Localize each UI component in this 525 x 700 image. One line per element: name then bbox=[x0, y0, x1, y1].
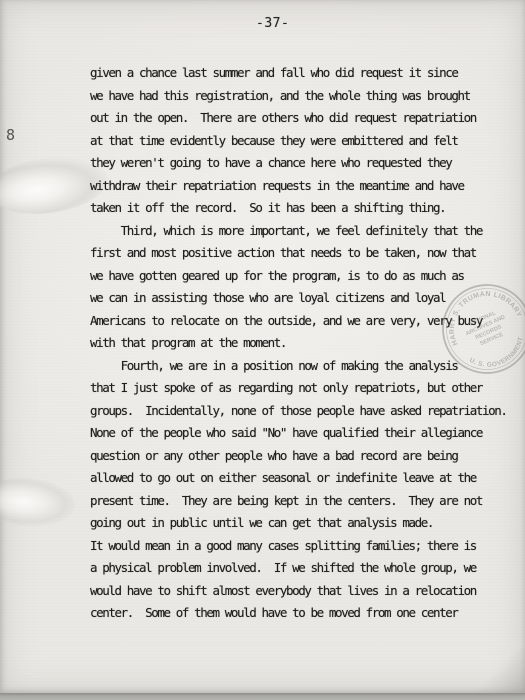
scan-backdrop-strip bbox=[0, 693, 525, 700]
text-line: It would mean in a good many cases split… bbox=[90, 535, 520, 558]
text-line: that I just spoke of as regarding not on… bbox=[90, 377, 520, 400]
text-line: given a chance last summer and fall who … bbox=[90, 62, 520, 85]
page-corner-shadow bbox=[473, 648, 525, 694]
text-line: question or any other people who have a … bbox=[90, 445, 520, 468]
scan-background: -37- 8 given a chance last summer and fa… bbox=[0, 0, 525, 700]
margin-annotation: 8 bbox=[6, 126, 15, 144]
page-number: -37- bbox=[256, 16, 289, 31]
text-line: first and most positive action that need… bbox=[90, 242, 520, 265]
text-line: allowed to go out on either seasonal or … bbox=[90, 467, 520, 490]
text-line: at that time evidently because they were… bbox=[90, 130, 520, 153]
text-line: taken it off the record. So it has been … bbox=[90, 197, 520, 220]
text-line: Third, which is more important, we feel … bbox=[90, 220, 520, 243]
text-line: going out in public until we can get tha… bbox=[90, 512, 520, 535]
text-line: center. Some of them would have to be mo… bbox=[90, 602, 520, 625]
archive-stamp: HARRY S. TRUMAN LIBRARY U. S. GOVERNMENT… bbox=[437, 279, 525, 379]
text-line: present time. They are being kept in the… bbox=[90, 490, 520, 513]
scanned-page: -37- 8 given a chance last summer and fa… bbox=[0, 0, 525, 694]
text-line: withdraw their repatriation requests in … bbox=[90, 175, 520, 198]
text-line: groups. Incidentally, none of those peop… bbox=[90, 400, 520, 423]
text-line: out in the open. There are others who di… bbox=[90, 107, 520, 130]
text-line: would have to shift almost everybody tha… bbox=[90, 580, 520, 603]
paper-crease-lower bbox=[0, 474, 77, 530]
text-line: they weren't going to have a chance here… bbox=[90, 152, 520, 175]
text-line: we have had this registration, and the w… bbox=[90, 85, 520, 108]
text-line: a physical problem involved. If we shift… bbox=[90, 557, 520, 580]
text-line: None of the people who said "No" have qu… bbox=[90, 422, 520, 445]
